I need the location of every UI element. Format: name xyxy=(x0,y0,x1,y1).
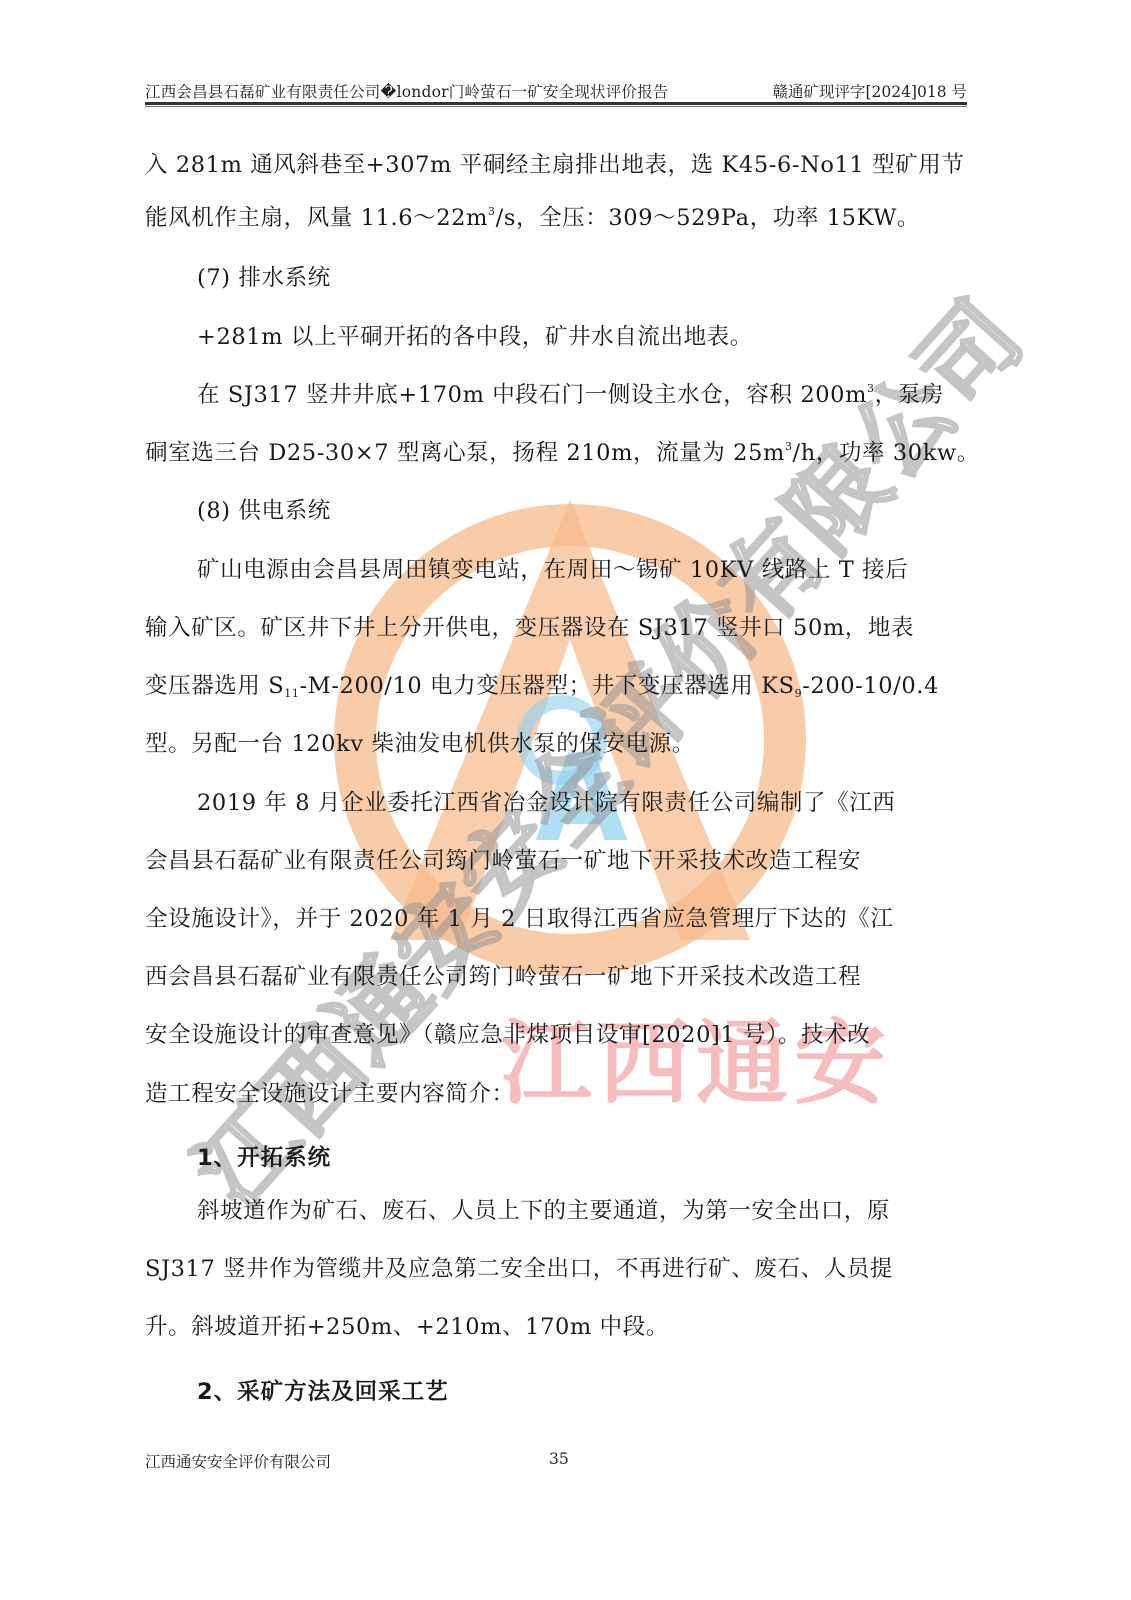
body-line: 入 281m 通风斜巷至+307m 平硐经主扇排出地表，选 K45-6-No11… xyxy=(145,150,967,180)
body-line: 2019 年 8 月企业委托江西省冶金设计院有限责任公司编制了《江西 xyxy=(197,788,967,818)
footer-company: 江西通安安全评价有限公司 xyxy=(145,1450,331,1472)
section-heading-power: (8) 供电系统 xyxy=(197,496,967,526)
header-divider-thin xyxy=(145,106,967,107)
body-line-sump: 在 SJ317 竖井井底+170m 中段石门一侧设主水仓，容积 200m3，泵房 xyxy=(197,380,967,410)
section-heading-mining-method: 2、采矿方法及回采工艺 xyxy=(197,1377,967,1407)
body-line: 型。另配一台 120kv 柴油发电机供水泵的保安电源。 xyxy=(145,729,967,759)
body-line: +281m 以上平硐开拓的各中段，矿井水自流出地表。 xyxy=(197,322,967,352)
body-line-fan: 能风机作主扇，风量 11.6～22m3/s，全压：309～529Pa，功率 15… xyxy=(145,203,967,233)
page-number: 35 xyxy=(549,1450,569,1468)
report-title: 江西会昌县石磊矿业有限责任公司�londor门岭萤石一矿安全现状评价报告 xyxy=(145,80,669,102)
section-heading-development: 1、开拓系统 xyxy=(197,1143,967,1173)
body-line-pump: 硐室选三台 D25-30×7 型离心泵，扬程 210m，流量为 25m3/h，功… xyxy=(145,438,967,468)
body-line-transformer: 变压器选用 S11-M-200/10 电力变压器型；井下变压器选用 KS9-20… xyxy=(145,671,967,701)
body-line: 矿山电源由会昌县周田镇变电站，在周田～锡矿 10KV 线路上 T 接后 xyxy=(197,555,967,585)
report-number: 赣通矿现评字[2024]018 号 xyxy=(772,80,967,102)
body-line: 全设施设计》，并于 2020 年 1 月 2 日取得江西省应急管理厅下达的《江 xyxy=(145,904,967,934)
body-line: 升。斜坡道开拓+250m、+210m、170m 中段。 xyxy=(145,1312,967,1342)
body-line: 斜坡道作为矿石、废石、人员上下的主要通道，为第一安全出口，原 xyxy=(197,1196,967,1226)
body-line: 会昌县石磊矿业有限责任公司筠门岭萤石一矿地下开采技术改造工程安 xyxy=(145,846,967,876)
header-divider xyxy=(145,102,967,105)
body-line: 西会昌县石磊矿业有限责任公司筠门岭萤石一矿地下开采技术改造工程 xyxy=(145,962,967,992)
page-header: 江西会昌县石磊矿业有限责任公司�londor门岭萤石一矿安全现状评价报告 赣通矿… xyxy=(145,76,967,102)
body-line: 输入矿区。矿区井下井上分开供电，变压器设在 SJ317 竖井口 50m，地表 xyxy=(145,613,967,643)
body-line: 安全设施设计的审查意见》（赣应急非煤项目设审[2020]1 号）。技术改 xyxy=(145,1020,967,1050)
document-page: 江西会昌县石磊矿业有限责任公司�londor门岭萤石一矿安全现状评价报告 赣通矿… xyxy=(0,0,1131,1600)
section-heading-drainage: (7) 排水系统 xyxy=(197,263,967,293)
body-line: SJ317 竖井作为管缆井及应急第二安全出口，不再进行矿、废石、人员提 xyxy=(145,1254,967,1284)
body-line: 造工程安全设施设计主要内容简介： xyxy=(145,1079,967,1109)
